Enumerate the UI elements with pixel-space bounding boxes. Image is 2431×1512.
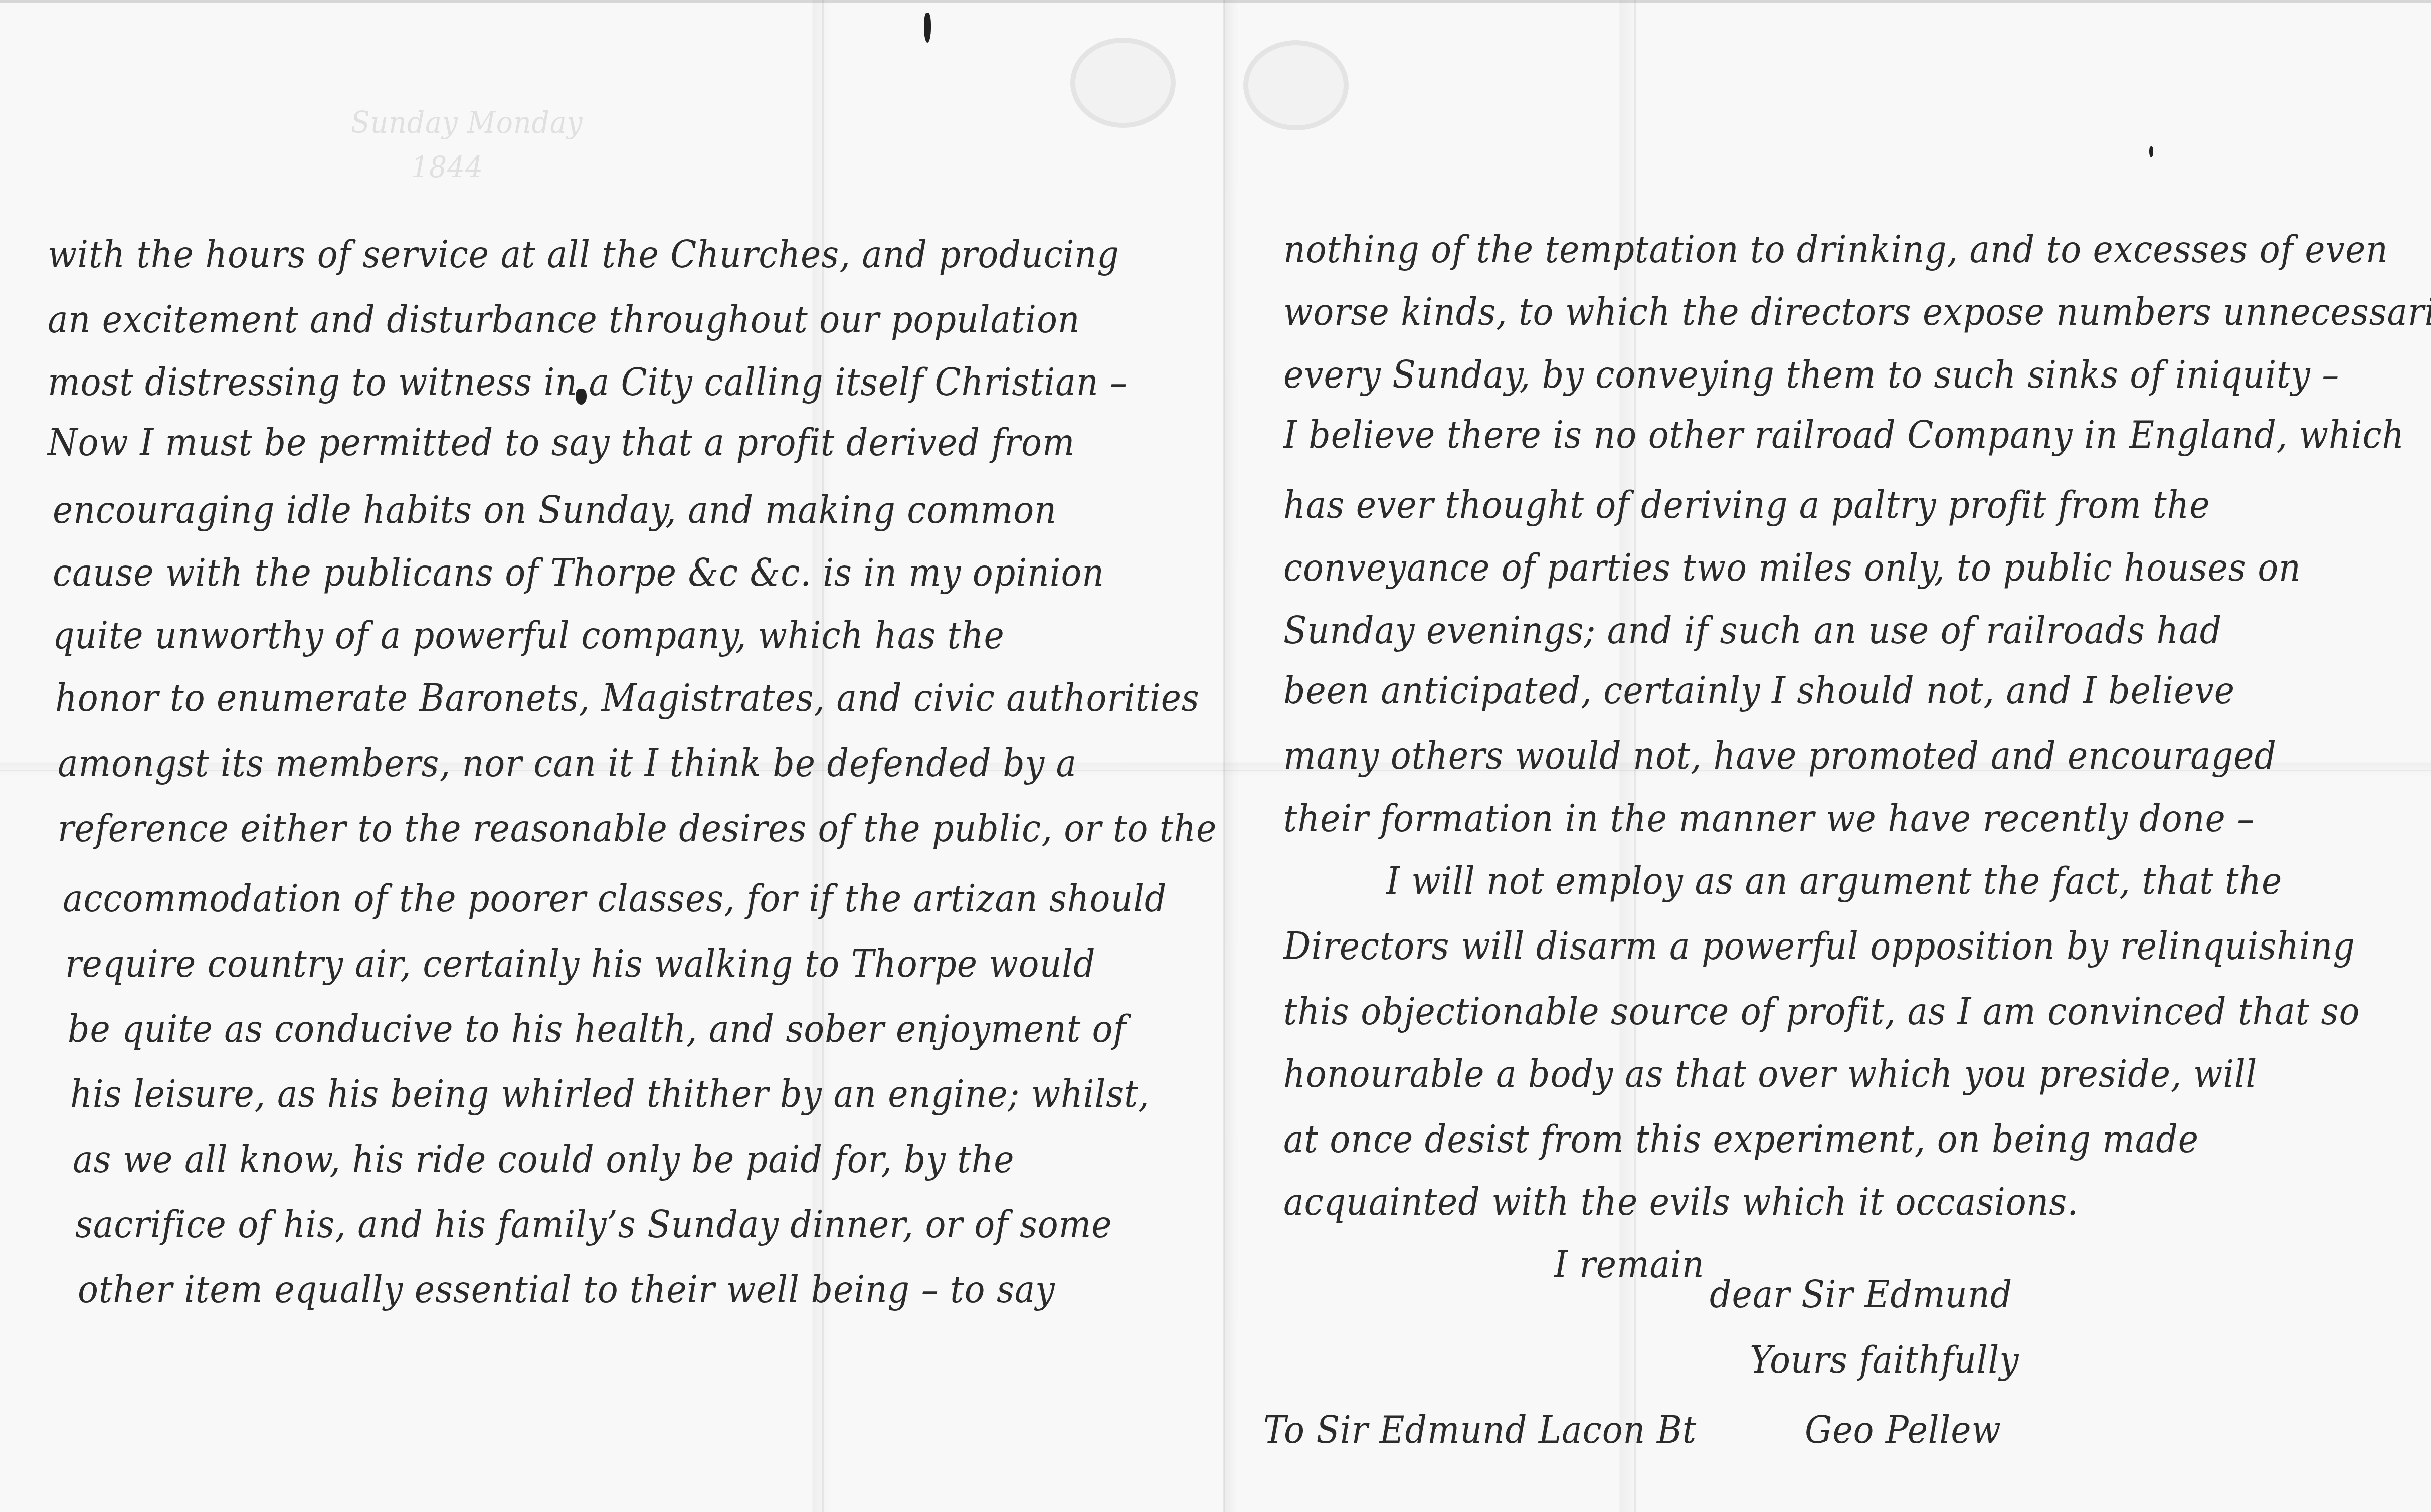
text-line: with the hours of service at all the Chu… bbox=[48, 233, 1119, 276]
text-line: Directors will disarm a powerful opposit… bbox=[1283, 925, 2355, 968]
text-line: cause with the publicans of Thorpe &c &c… bbox=[53, 551, 1104, 595]
center-fold-crease bbox=[1223, 0, 1225, 1512]
text-line: this objectionable source of profit, as … bbox=[1283, 990, 2360, 1033]
letter-scan: Sunday Monday 1844 with the hours of ser… bbox=[0, 0, 2431, 1512]
text-line: accommodation of the poorer classes, for… bbox=[63, 877, 1167, 920]
text-line: reference either to the reasonable desir… bbox=[58, 807, 1217, 850]
text-line: their formation in the manner we have re… bbox=[1283, 797, 2255, 840]
text-line: honor to enumerate Baronets, Magistrates… bbox=[55, 677, 1200, 720]
closing-valediction: Yours faithfully bbox=[1750, 1339, 2019, 1382]
text-line: be quite as conducive to his health, and… bbox=[68, 1008, 1127, 1051]
signature: Geo Pellew bbox=[1805, 1409, 2001, 1452]
text-line: nothing of the temptation to drinking, a… bbox=[1283, 228, 2388, 271]
closing-remain: I remain bbox=[1554, 1243, 1705, 1286]
text-line: Now I must be permitted to say that a pr… bbox=[48, 421, 1075, 464]
text-line: as we all know, his ride could only be p… bbox=[73, 1138, 1014, 1181]
text-line: other item equally essential to their we… bbox=[78, 1268, 1055, 1311]
text-line: every Sunday, by conveying them to such … bbox=[1283, 353, 2339, 397]
text-line: worse kinds, to which the directors expo… bbox=[1283, 291, 2431, 334]
text-line: encouraging idle habits on Sunday, and m… bbox=[53, 489, 1057, 532]
text-line: require country air, certainly his walki… bbox=[65, 942, 1095, 986]
text-line: sacrifice of his, and his family’s Sunda… bbox=[75, 1203, 1112, 1246]
addressee: To Sir Edmund Lacon Bt bbox=[1263, 1409, 1697, 1452]
text-line: amongst its members, nor can it I think … bbox=[58, 742, 1077, 785]
text-line: acquainted with the evils which it occas… bbox=[1283, 1181, 2079, 1224]
text-line: conveyance of parties two miles only, to… bbox=[1283, 546, 2301, 590]
text-line: been anticipated, certainly I should not… bbox=[1283, 669, 2235, 712]
text-line: most distressing to witness in a City ca… bbox=[48, 361, 1128, 404]
text-line: I believe there is no other railroad Com… bbox=[1283, 414, 2404, 457]
closing-salutation: dear Sir Edmund bbox=[1710, 1273, 2012, 1316]
right-page: nothing of the temptation to drinking, a… bbox=[1253, 0, 2431, 1512]
text-line: at once desist from this experiment, on … bbox=[1283, 1118, 2199, 1161]
left-page: with the hours of service at all the Chu… bbox=[0, 0, 1223, 1512]
text-line: Sunday evenings; and if such an use of r… bbox=[1283, 609, 2222, 652]
text-line: an excitement and disturbance throughout… bbox=[48, 298, 1080, 341]
text-line: I will not employ as an argument the fac… bbox=[1386, 860, 2282, 903]
text-line: his leisure, as his being whirled thithe… bbox=[70, 1073, 1150, 1116]
text-line: many others would not, have promoted and… bbox=[1283, 734, 2277, 778]
text-line: quite unworthy of a powerful company, wh… bbox=[53, 614, 1005, 657]
text-line: has ever thought of deriving a paltry pr… bbox=[1283, 484, 2210, 527]
text-line: honourable a body as that over which you… bbox=[1283, 1053, 2257, 1096]
